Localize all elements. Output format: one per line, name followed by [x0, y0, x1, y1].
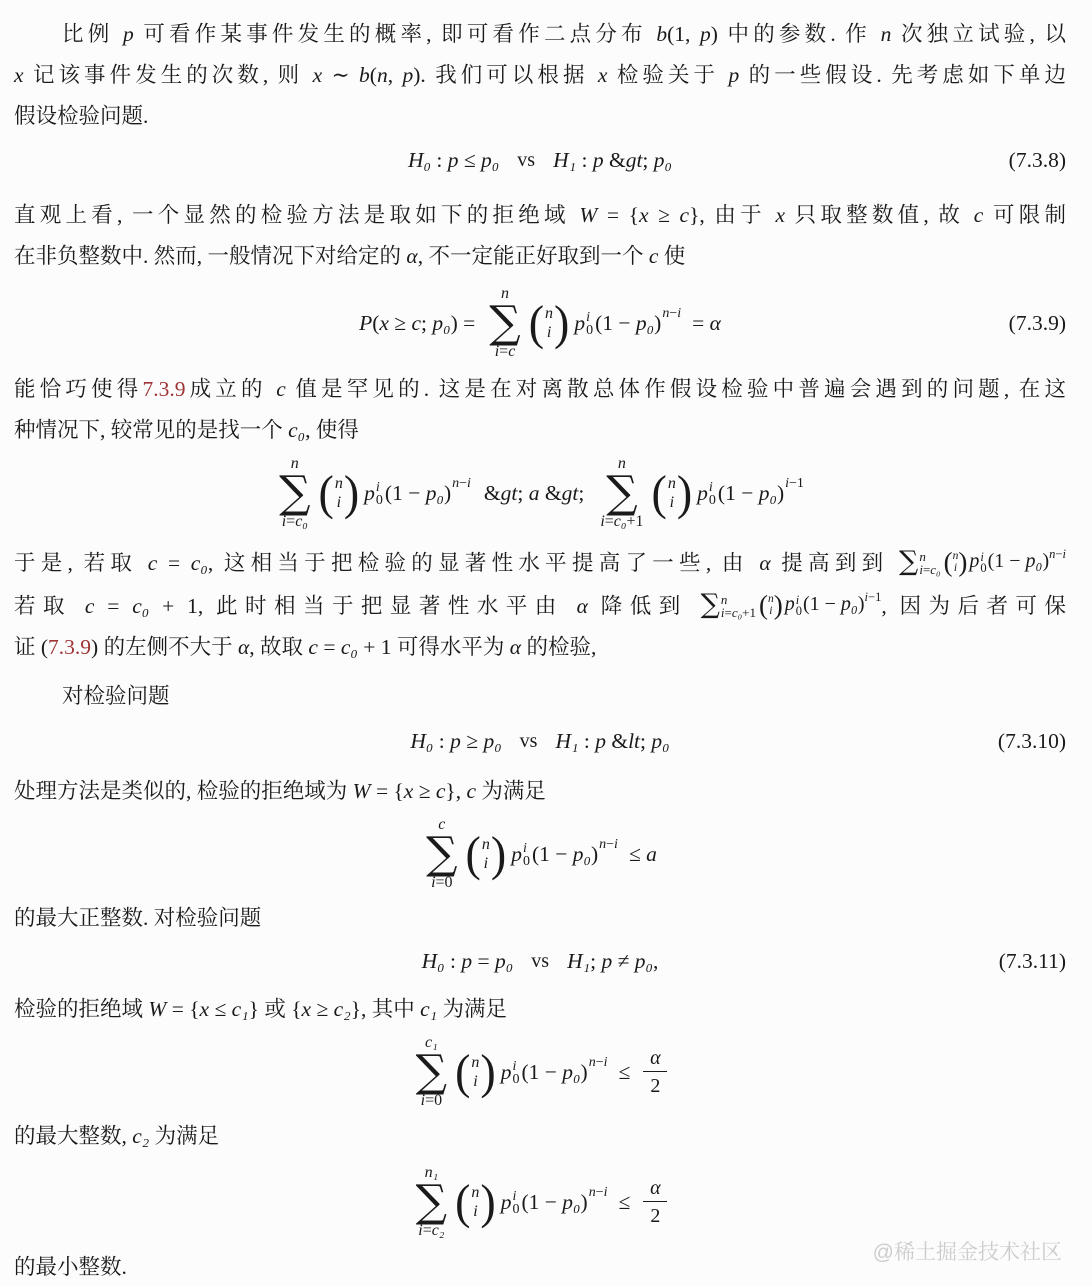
paragraph-8: 检验的拒绝域 W = {x ≤ c₁} 或 {x ≥ c₂}, 其中 c₁ 为满… [14, 989, 1066, 1030]
binomial-coefficient: (ni) [759, 592, 783, 618]
p1-line3: 假设检验问题. [14, 96, 1066, 137]
binomial-coefficient: ( ni ) [466, 832, 507, 876]
sum-lower-limit: i=c [495, 343, 516, 361]
term-exponent: n−i [589, 1185, 608, 1201]
left-paren: ( [319, 470, 334, 517]
ref-739-link[interactable]: 7.3.9 [48, 635, 91, 659]
binom-bottom: i [769, 605, 772, 617]
term-paren: (1 − p₀) [718, 481, 784, 506]
equation-738: H₀ : p ≤ p₀ vs H₁ : p &gt; p₀ (7.3.8) [14, 139, 1066, 181]
sum-lower-limit: i=c₀ [282, 513, 308, 531]
body-text: 能恰巧使得 [14, 377, 142, 401]
body-text: x 记该事件发生的次数, 则 x ∼ b(n, p). 我们可以根据 x 检验关… [14, 63, 1066, 87]
sum-lower-limit: i=c₂ [418, 1222, 444, 1240]
equation-number-738: (7.3.8) [1009, 148, 1066, 173]
hypothesis-alt: H₁ : p &lt; p₀ [555, 729, 669, 754]
summation-symbol: c₁ ∑ i=0 [416, 1034, 447, 1110]
right-paren: ) [480, 1049, 495, 1096]
body-text: ) 的左侧不大于 α, 故取 c = c₀ + 1 可得水平为 α 的检验, [91, 635, 596, 659]
sigma-glyph: ∑ [416, 1182, 447, 1222]
alpha-half-fraction: α2 [643, 1175, 667, 1229]
sum-lower-limit: i=c₀ [919, 563, 940, 576]
term-base: p [511, 842, 522, 867]
equation-c0-inequality: n ∑ i=c₀ ( ni ) pi0(1 − p₀)n−i &gt; a &g… [14, 451, 1066, 535]
p1-line1: 比例 p 可看作某事件发生的概率, 即可看作二点分布 b(1, p) 中的参数.… [14, 14, 1066, 55]
body-text: 的最小整数. [14, 1255, 127, 1279]
term-exponent: n−i [452, 476, 471, 492]
p4-line2: 若取 c = c₀ + 1, 此时相当于把显著性水平由 α 降低到 ∑ni=c₀… [14, 584, 1066, 627]
term-sub: 0 [980, 563, 986, 574]
left-paren: ( [652, 470, 667, 517]
vs-label: vs [520, 730, 538, 753]
inequality-middle: &gt; a &gt; [484, 481, 584, 506]
body-text: 成立的 c 值是罕见的. 这是在对离散总体作假设检验中普遍会遇到的问题, 在这 [185, 377, 1066, 401]
term-paren: (1 − p₀) [385, 481, 451, 506]
equation-c1-alpha-half: c₁ ∑ i=0 ( ni ) pi0(1 − p₀)n−i ≤ α2 [14, 1030, 1066, 1114]
watermark: @稀土掘金技术社区 [873, 1236, 1062, 1266]
textbook-page: 比例 p 可看作某事件发生的概率, 即可看作二点分布 b(1, p) 中的参数.… [0, 0, 1092, 1286]
term-exponent: n−i [589, 1055, 608, 1071]
term-paren: (1 − p₀) [522, 1190, 588, 1215]
inline-sum-1: ∑ni=c₀(ni)pi0(1 − p₀)n−i [899, 541, 1066, 582]
term-exponent: n−i [662, 306, 681, 322]
body-text: 比例 p 可看作某事件发生的概率, 即可看作二点分布 b(1, p) 中的参数.… [62, 22, 1066, 46]
equation-number-7311: (7.3.11) [999, 949, 1066, 974]
equation-7311: H₀ : p = p₀ vs H₁; p ≠ p₀, (7.3.11) [14, 939, 1066, 983]
fraction-numerator: α [650, 1045, 661, 1071]
binom-bottom: i [337, 493, 341, 512]
p4-line1: 于是, 若取 c = c₀, 这相当于把检验的显著性水平提高了一些, 由 α 提… [14, 541, 1066, 584]
eq739-rhs: = α [692, 311, 721, 336]
paragraph-7: 的最大正整数. 对检验问题 [14, 898, 1066, 939]
body-text: 在非负整数中. 然而, 一般情况下对给定的 α, 不一定能正好取到一个 c 使 [14, 244, 685, 268]
eqB-rhs: ≤ a [629, 842, 657, 867]
term-paren: (1 − p₀) [595, 311, 661, 336]
term-exponent: n−i [1049, 534, 1066, 575]
binom-bottom: i [954, 562, 957, 574]
alpha-half-fraction: α2 [643, 1045, 667, 1099]
paragraph-4: 于是, 若取 c = c₀, 这相当于把检验的显著性水平提高了一些, 由 α 提… [14, 541, 1066, 668]
term-paren: (1 − p₀) [532, 842, 598, 867]
paragraph-3: 能恰巧使得7.3.9成立的 c 值是罕见的. 这是在对离散总体作假设检验中普遍会… [14, 369, 1066, 451]
term-base: p [574, 311, 585, 336]
sigma-glyph: ∑ [701, 591, 720, 618]
body-text: 于是, 若取 c = c₀, 这相当于把检验的显著性水平提高了一些, 由 α 提… [14, 551, 899, 575]
right-paren: ) [344, 470, 359, 517]
probability-term: pi0(1 − p₀)i−1 [697, 480, 804, 506]
p1-line2: x 记该事件发生的次数, 则 x ∼ b(n, p). 我们可以根据 x 检验关… [14, 55, 1066, 96]
probability-term: pi0(1 − p₀)n−i [364, 480, 471, 506]
term-sub: 0 [523, 855, 530, 868]
fraction-denominator: 2 [643, 1201, 667, 1229]
right-paren: ) [554, 300, 569, 347]
probability-term: pi0(1 − p₀)n−i [501, 1189, 608, 1215]
term-base: p [501, 1060, 512, 1085]
binom-bottom: i [473, 1202, 477, 1221]
sigma-glyph: ∑ [899, 548, 918, 575]
p2-line1: 直观上看, 一个显然的检验方法是取如下的拒绝域 W = {x ≥ c}, 由于 … [14, 195, 1066, 236]
term-paren: (1 − p₀) [522, 1060, 588, 1085]
equation-c2-alpha-half: n₁ ∑ i=c₂ ( ni ) pi0(1 − p₀)n−i ≤ α2 [14, 1159, 1066, 1245]
sum-lower-limit: i=0 [431, 874, 452, 892]
term-sub: 0 [513, 1073, 520, 1086]
p4-line3: 证 (7.3.9) 的左侧不大于 α, 故取 c = c₀ + 1 可得水平为 … [14, 627, 1066, 668]
binom-top: n [482, 835, 490, 854]
sum-lower-limit: i=0 [421, 1092, 442, 1110]
summation-symbol: n ∑ i=c₀+1 [600, 455, 643, 531]
term-exponent: n−i [599, 837, 618, 853]
p3-line2: 种情况下, 较常见的是找一个 c₀, 使得 [14, 410, 1066, 451]
body-text: 直观上看, 一个显然的检验方法是取如下的拒绝域 W = {x ≥ c}, 由于 … [14, 203, 1066, 227]
summation-symbol: c ∑ i=0 [426, 816, 457, 892]
left-paren: ( [455, 1179, 470, 1226]
body-text: 的最大整数, c₂ 为满足 [14, 1124, 219, 1148]
left-paren: ( [529, 300, 544, 347]
binom-bottom: i [547, 323, 551, 342]
vs-label: vs [531, 950, 549, 973]
p6-line1: 处理方法是类似的, 检验的拒绝域为 W = {x ≥ c}, c 为满足 [14, 771, 1066, 812]
sum-lower-limit: i=c₀+1 [721, 606, 756, 619]
equation-number-7310: (7.3.10) [998, 729, 1066, 754]
p9-line1: 的最大整数, c₂ 为满足 [14, 1116, 1066, 1157]
binom-top: n [471, 1053, 479, 1072]
term-base: p [785, 584, 795, 625]
binom-bottom: i [484, 854, 488, 873]
equation-sum-le-a: c ∑ i=0 ( ni ) pi0(1 − p₀)n−i ≤ a [14, 812, 1066, 896]
left-paren: ( [944, 549, 953, 575]
right-paren: ) [491, 831, 506, 878]
binom-bottom: i [473, 1072, 477, 1091]
equation-739: P(x ≥ c; p₀) = n ∑ i=c ( ni ) pi0(1 − p₀… [14, 281, 1066, 365]
binomial-coefficient: ( ni ) [529, 301, 570, 345]
equation-number-739: (7.3.9) [1009, 311, 1066, 336]
term-paren: (1 − p₀) [803, 584, 865, 625]
right-paren: ) [480, 1179, 495, 1226]
paragraph-2: 直观上看, 一个显然的检验方法是取如下的拒绝域 W = {x ≥ c}, 由于 … [14, 195, 1066, 277]
body-text: 处理方法是类似的, 检验的拒绝域为 W = {x ≥ c}, c 为满足 [14, 779, 546, 803]
term-exponent: i−1 [865, 577, 882, 618]
term-sub: 0 [586, 324, 593, 337]
binom-top: n [668, 474, 676, 493]
body-text: 对检验问题 [62, 684, 170, 708]
hypothesis-null: H₀ : p ≤ p₀ [408, 148, 499, 173]
binomial-coefficient: ( ni ) [319, 471, 360, 515]
left-paren: ( [759, 592, 768, 618]
hypothesis-alt: H₁; p ≠ p₀, [567, 949, 658, 974]
term-sub: 0 [513, 1203, 520, 1216]
probability-term: pi0(1 − p₀)n−i [574, 310, 681, 336]
binomial-coefficient: ( ni ) [455, 1180, 496, 1224]
left-paren: ( [455, 1049, 470, 1096]
sigma-glyph: ∑ [426, 834, 457, 874]
binomial-coefficient: ( ni ) [455, 1050, 496, 1094]
binom-top: n [545, 304, 553, 323]
summation-symbol: n₁ ∑ i=c₂ [416, 1164, 447, 1240]
paragraph-1: 比例 p 可看作某事件发生的概率, 即可看作二点分布 b(1, p) 中的参数.… [14, 12, 1066, 137]
right-paren: ) [774, 592, 783, 618]
inline-sum-2: ∑ni=c₀+1(ni)pi0(1 − p₀)i−1 [701, 584, 882, 625]
fraction-numerator: α [650, 1175, 661, 1201]
p3-line1: 能恰巧使得7.3.9成立的 c 值是罕见的. 这是在对离散总体作假设检验中普遍会… [14, 369, 1066, 410]
body-text: 证 ( [14, 635, 48, 659]
term-base: p [364, 481, 375, 506]
eq739-lhs: P(x ≥ c; p₀) = [359, 311, 475, 336]
sigma-glyph: ∑ [416, 1052, 447, 1092]
sigma-glyph: ∑ [606, 473, 637, 513]
sum-lower-limit: i=c₀+1 [600, 513, 643, 531]
term-sub: 0 [796, 606, 802, 617]
binomial-coefficient: ( ni ) [652, 471, 693, 515]
term-base: p [501, 1190, 512, 1215]
body-text: 的最大正整数. 对检验问题 [14, 906, 261, 930]
binom-top: n [335, 474, 343, 493]
body-text: , 因为后者可保 [881, 594, 1066, 618]
term-sub: 0 [709, 494, 716, 507]
hypothesis-null: H₀ : p = p₀ [422, 949, 514, 974]
vs-label: vs [517, 149, 535, 172]
p7-line1: 的最大正整数. 对检验问题 [14, 898, 1066, 939]
p8-line1: 检验的拒绝域 W = {x ≤ c₁} 或 {x ≥ c₂}, 其中 c₁ 为满… [14, 989, 1066, 1030]
body-text: 假设检验问题. [14, 104, 148, 128]
equation-7310: H₀ : p ≥ p₀ vs H₁ : p &lt; p₀ (7.3.10) [14, 719, 1066, 763]
right-paren: ) [958, 549, 967, 575]
relation-symbol: ≤ [619, 1060, 631, 1085]
sigma-glyph: ∑ [279, 473, 310, 513]
ref-739-link[interactable]: 7.3.9 [142, 377, 185, 401]
binom-top: n [471, 1183, 479, 1202]
probability-term: pi0(1 − p₀)n−i [511, 841, 618, 867]
term-base: p [697, 481, 708, 506]
paragraph-6: 处理方法是类似的, 检验的拒绝域为 W = {x ≥ c}, c 为满足 [14, 771, 1066, 812]
binomial-coefficient: (ni) [944, 549, 968, 575]
body-text: 检验的拒绝域 W = {x ≤ c₁} 或 {x ≥ c₂}, 其中 c₁ 为满… [14, 997, 507, 1021]
term-exponent: i−1 [785, 476, 804, 492]
p5-line1: 对检验问题 [14, 676, 1066, 717]
binom-bottom: i [670, 493, 674, 512]
fraction-denominator: 2 [643, 1071, 667, 1099]
body-text: 种情况下, 较常见的是找一个 c₀, 使得 [14, 418, 359, 442]
paragraph-9: 的最大整数, c₂ 为满足 [14, 1116, 1066, 1157]
body-text: 若取 c = c₀ + 1, 此时相当于把显著性水平由 α 降低到 [14, 594, 701, 618]
left-paren: ( [466, 831, 481, 878]
summation-symbol: n ∑ i=c₀ [279, 455, 310, 531]
hypothesis-null: H₀ : p ≥ p₀ [410, 729, 501, 754]
term-sub: 0 [376, 494, 383, 507]
term-base: p [969, 541, 979, 582]
sigma-glyph: ∑ [489, 303, 520, 343]
summation-symbol: n ∑ i=c [489, 285, 520, 361]
right-paren: ) [677, 470, 692, 517]
hypothesis-alt: H₁ : p &gt; p₀ [553, 148, 672, 173]
p2-line2: 在非负整数中. 然而, 一般情况下对给定的 α, 不一定能正好取到一个 c 使 [14, 236, 1066, 277]
relation-symbol: ≤ [619, 1190, 631, 1215]
probability-term: pi0(1 − p₀)n−i [501, 1059, 608, 1085]
paragraph-5: 对检验问题 [14, 676, 1066, 717]
term-paren: (1 − p₀) [988, 541, 1050, 582]
